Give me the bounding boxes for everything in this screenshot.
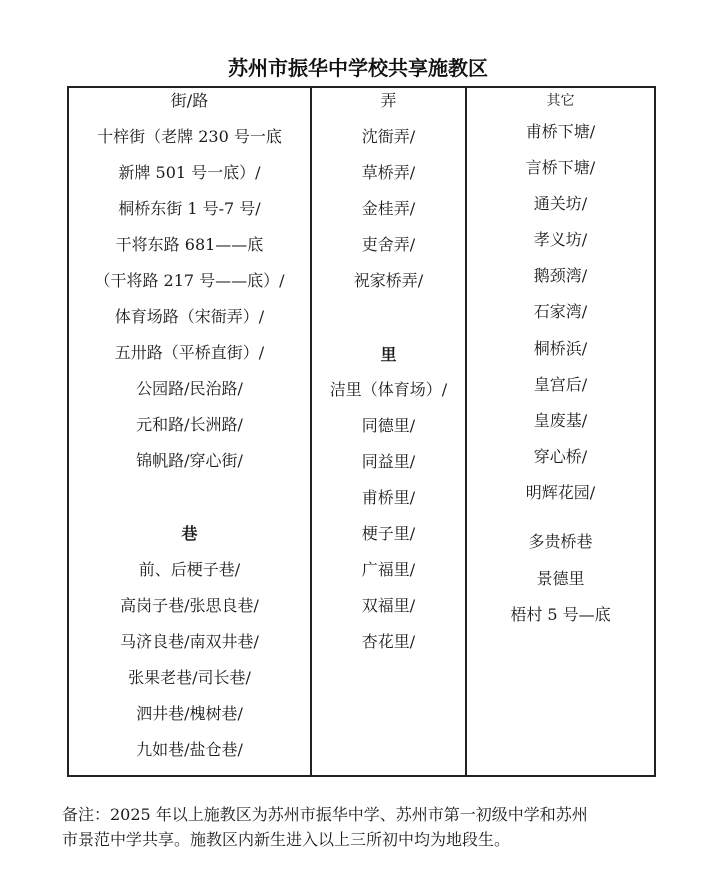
street-item: 十梓街（老牌 230 号一底 — [69, 126, 310, 148]
li-item: 同益里/ — [312, 451, 465, 473]
alley-item: 吏舍弄/ — [312, 234, 465, 256]
li-item: 洁里（体育场）/ — [312, 379, 465, 401]
column-streets: 街/路 十梓街（老牌 230 号一底 新牌 501 号一底）/ 桐桥东街 1 号… — [69, 88, 312, 775]
alley-item: 沈衙弄/ — [312, 126, 465, 148]
other-item: 石家湾/ — [467, 301, 654, 323]
other-extra-item: 景德里 — [467, 568, 654, 590]
li-item: 甫桥里/ — [312, 487, 465, 509]
li-item: 广福里/ — [312, 559, 465, 581]
column-header-alleys: 弄 — [312, 90, 465, 112]
alley-item: 草桥弄/ — [312, 162, 465, 184]
column-header-others: 其它 — [467, 90, 654, 112]
street-item: 体育场路（宋衙弄）/ — [69, 306, 310, 328]
footnote-line-1: 备注：2025 年以上施教区为苏州市振华中学、苏州市第一初级中学和苏州 — [62, 802, 674, 827]
street-item: 干将东路 681——底 — [69, 234, 310, 256]
street-item: （干将路 217 号——底）/ — [69, 270, 310, 292]
other-item: 鹅颈湾/ — [467, 265, 654, 287]
column-header-streets: 街/路 — [69, 90, 310, 112]
lane-item: 高岗子巷/张思良巷/ — [69, 595, 310, 617]
lane-item: 泗井巷/槐树巷/ — [69, 703, 310, 725]
li-item: 杏花里/ — [312, 631, 465, 653]
li-item: 双福里/ — [312, 595, 465, 617]
other-item: 甫桥下塘/ — [467, 121, 654, 143]
other-item: 桐桥浜/ — [467, 338, 654, 360]
other-item: 皇宫后/ — [467, 374, 654, 396]
other-item: 穿心桥/ — [467, 446, 654, 468]
footnote: 备注：2025 年以上施教区为苏州市振华中学、苏州市第一初级中学和苏州 市景范中… — [62, 802, 674, 852]
alley-item: 金桂弄/ — [312, 198, 465, 220]
section-header-li: 里 — [312, 344, 465, 366]
column-alleys: 弄 沈衙弄/ 草桥弄/ 金桂弄/ 吏舍弄/ 祝家桥弄/ 里 洁里（体育场）/ 同… — [312, 88, 467, 775]
alley-item: 祝家桥弄/ — [312, 270, 465, 292]
lane-item: 张果老巷/司长巷/ — [69, 667, 310, 689]
other-item: 明辉花园/ — [467, 482, 654, 504]
street-item: 公园路/民治路/ — [69, 378, 310, 400]
street-item: 五卅路（平桥直街）/ — [69, 342, 310, 364]
catchment-table: 街/路 十梓街（老牌 230 号一底 新牌 501 号一底）/ 桐桥东街 1 号… — [67, 86, 656, 777]
street-item: 元和路/长洲路/ — [69, 414, 310, 436]
footnote-line-2: 市景范中学共享。施教区内新生进入以上三所初中均为地段生。 — [62, 827, 674, 852]
lane-item: 马济良巷/南双井巷/ — [69, 631, 310, 653]
lane-item: 九如巷/盐仓巷/ — [69, 739, 310, 761]
street-item: 锦帆路/穿心街/ — [69, 450, 310, 472]
li-item: 同德里/ — [312, 415, 465, 437]
other-extra-item: 多贵桥巷 — [467, 531, 654, 553]
other-item: 皇废基/ — [467, 410, 654, 432]
page-title: 苏州市振华中学校共享施教区 — [0, 54, 716, 82]
other-item: 言桥下塘/ — [467, 157, 654, 179]
street-item: 新牌 501 号一底）/ — [69, 162, 310, 184]
other-item: 通关坊/ — [467, 193, 654, 215]
other-extra-item: 梧村 5 号—底 — [467, 604, 654, 626]
street-item: 桐桥东街 1 号-7 号/ — [69, 198, 310, 220]
li-item: 梗子里/ — [312, 523, 465, 545]
lane-item: 前、后梗子巷/ — [69, 559, 310, 581]
column-others: 其它 甫桥下塘/ 言桥下塘/ 通关坊/ 孝义坊/ 鹅颈湾/ 石家湾/ 桐桥浜/ … — [467, 88, 654, 775]
other-item: 孝义坊/ — [467, 229, 654, 251]
section-header-lanes: 巷 — [69, 523, 310, 545]
